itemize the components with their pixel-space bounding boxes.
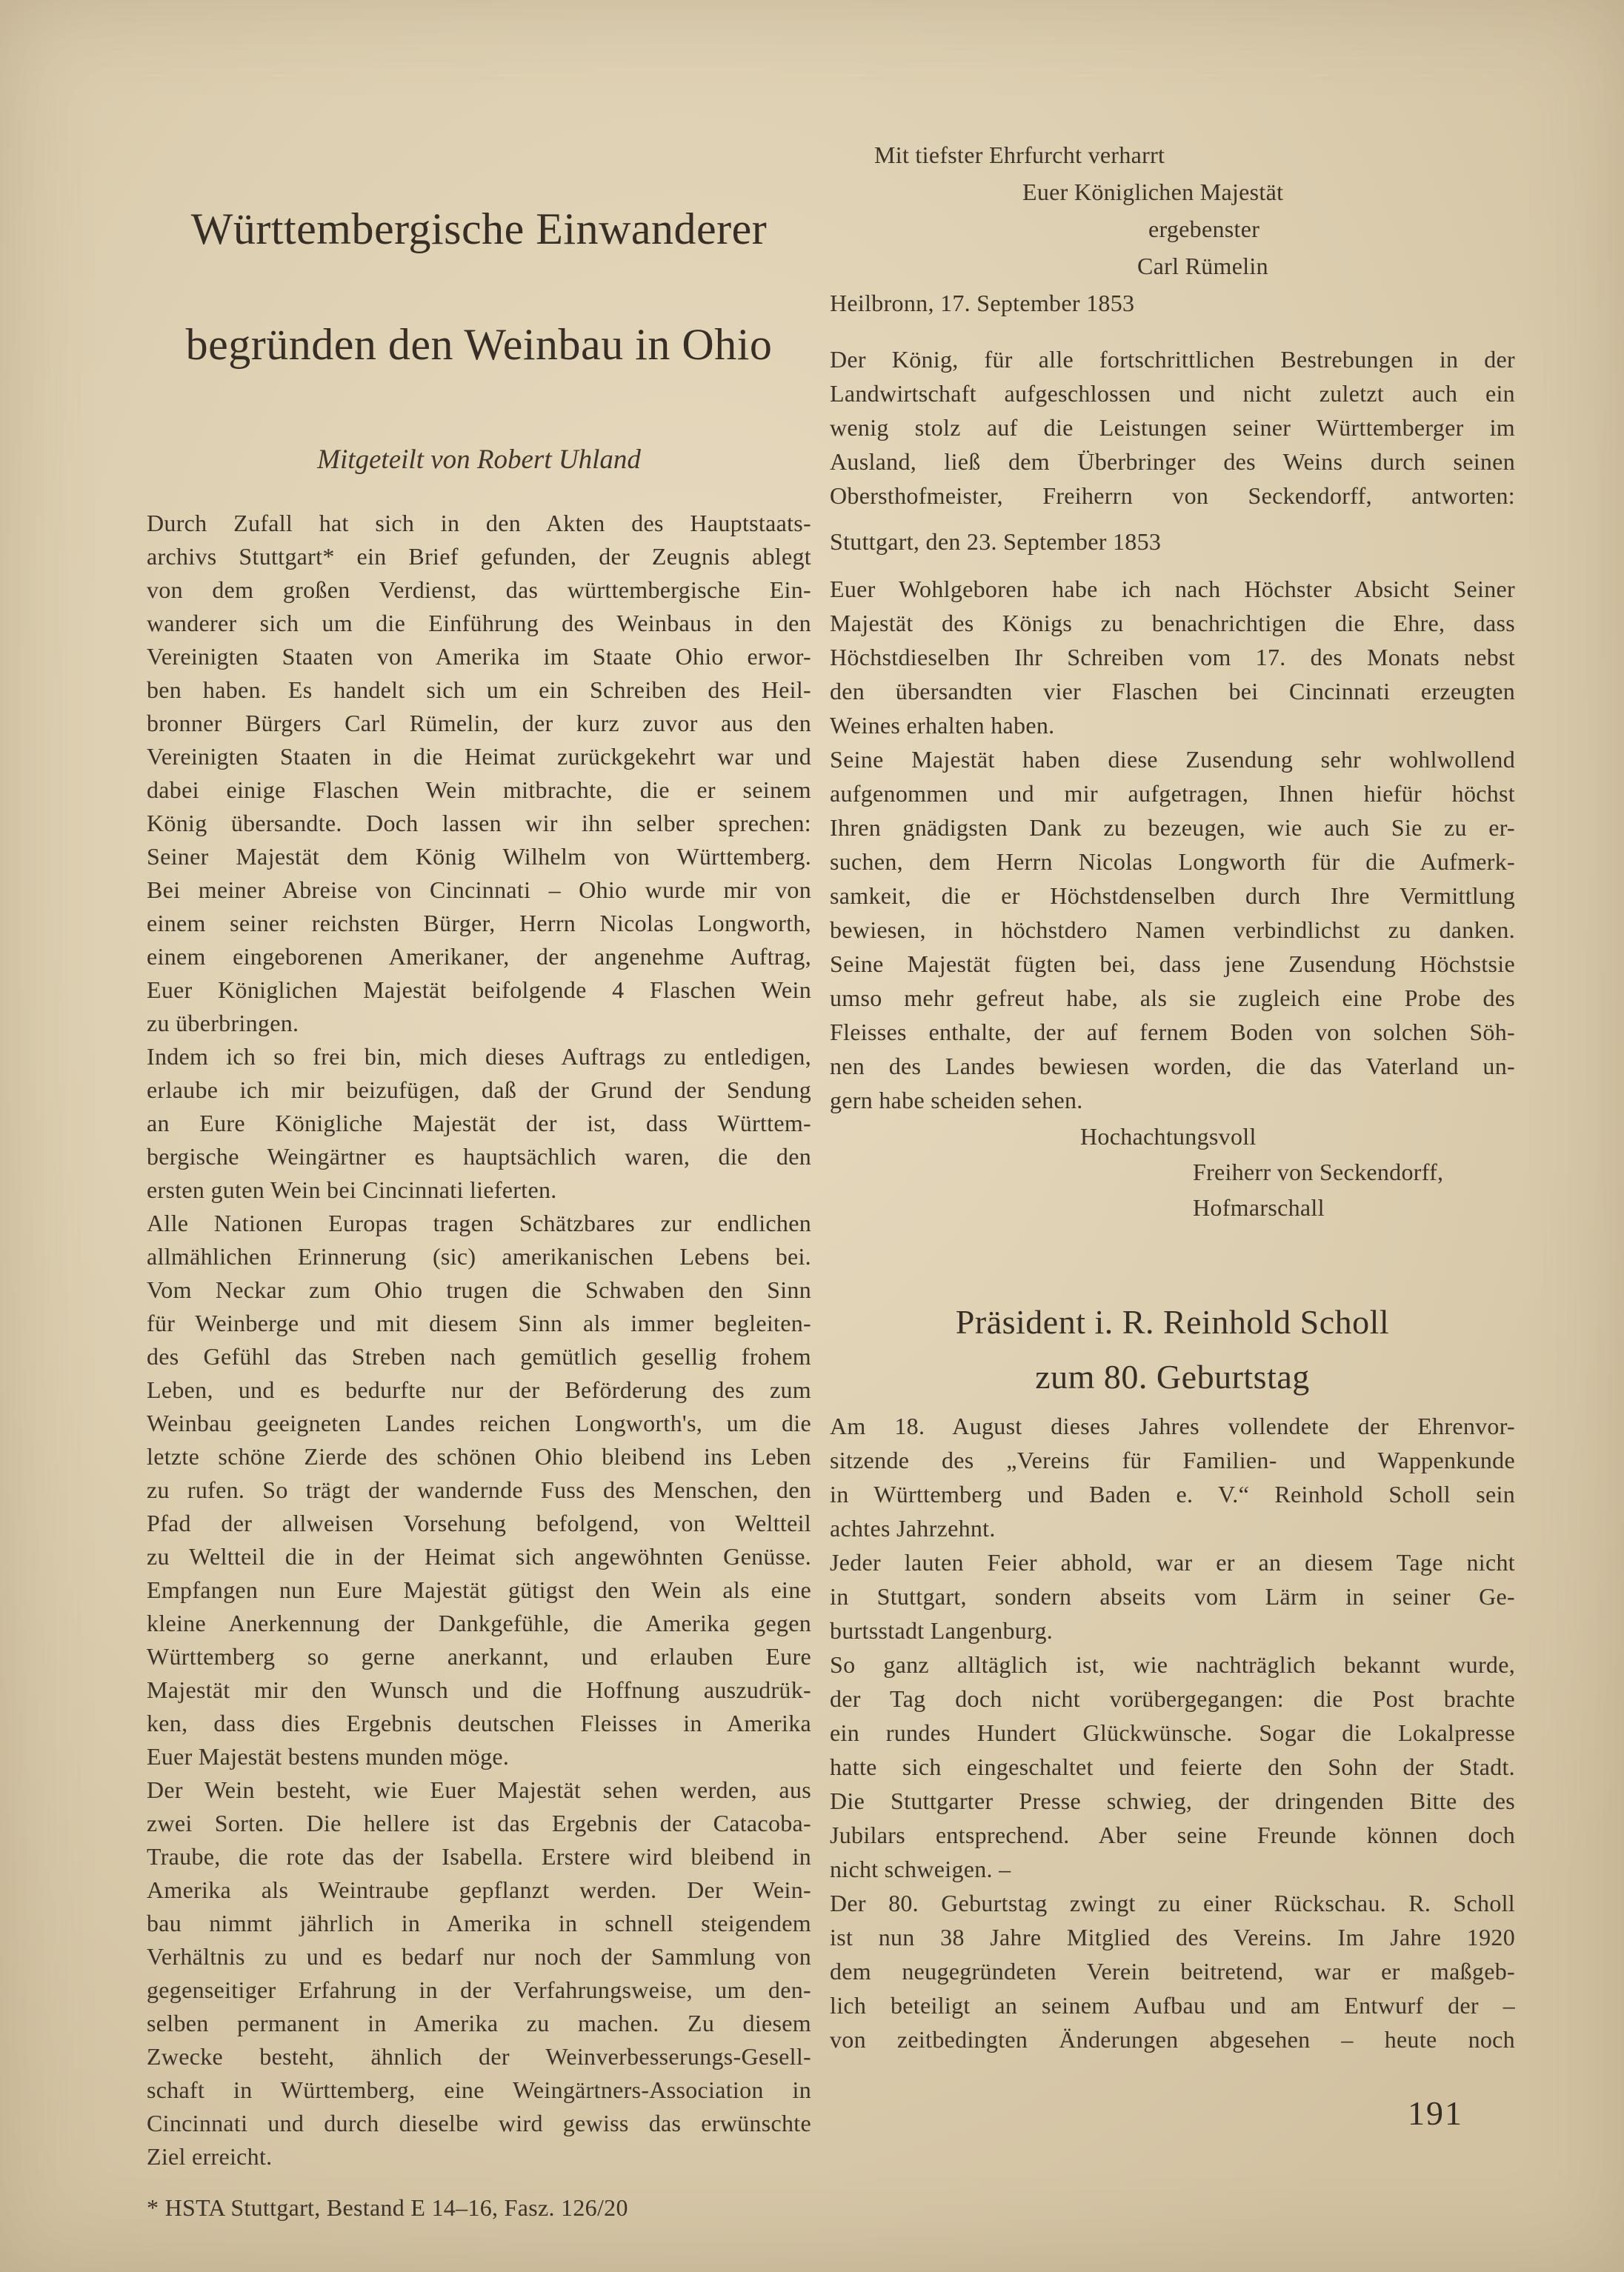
text-line: Der Wein besteht, wie Euer Majestät sehe… [147,1773,811,1807]
text-line: Mit tiefster Ehrfurcht verharrt [830,136,1515,173]
article1-body: Durch Zufall hat sich in den Akten des H… [147,507,811,2173]
text-line: achtes Jahrzehnt. [830,1511,1515,1545]
letter2-body: Euer Wohlgeboren habe ich nach Höchster … [830,572,1515,1117]
text-line: zwei Sorten. Die hellere ist das Ergebni… [147,1807,811,1840]
text-line: Euer Königlichen Majestät [830,173,1515,210]
letter1-dateline: Heilbronn, 17. September 1853 [830,284,1515,322]
text-line: gegenseitiger Erfahrung in der Verfahrun… [147,1973,811,2007]
text-line: Majestät des Königs zu benachrichtigen d… [830,606,1515,640]
text-line: Vom Neckar zum Ohio trugen die Schwaben … [147,1273,811,1307]
text-line: in Württemberg und Baden e. V.“ Reinhold… [830,1477,1515,1511]
text-line: erlaube ich mir beizufügen, daß der Grun… [147,1073,811,1107]
text-line: wenig stolz auf die Leistungen seiner Wü… [830,410,1515,444]
text-line: umso mehr gefreut habe, als sie zugleich… [830,981,1515,1015]
text-line: Euer Majestät bestens munden möge. [147,1740,811,1773]
text-line: samkeit, die er Höchstdenselben durch Ih… [830,879,1515,913]
text-line: ist nun 38 Jahre Mitglied des Vereins. I… [830,1920,1515,1954]
text-line: gern habe scheiden sehen. [830,1083,1515,1117]
text-line: Bei meiner Abreise von Cincinnati – Ohio… [147,873,811,907]
text-line: allmählichen Erinnerung (sic) amerikanis… [147,1240,811,1273]
text-line: Alle Nationen Europas tragen Schätzbares… [147,1207,811,1240]
text-line: kleine Anerkennung der Dankgefühle, die … [147,1607,811,1640]
page-number: 191 [830,2093,1463,2133]
article2-title: Präsident i. R. Reinhold Schollzum 80. G… [830,1295,1515,1405]
text-line: dabei einige Flaschen Wein mitbrachte, d… [147,773,811,807]
text-line: Landwirtschaft aufgeschlossen und nicht … [830,376,1515,410]
text-line: Höchstdieselben Ihr Schreiben vom 17. de… [830,640,1515,674]
text-line: Vereinigten Staaten in die Heimat zurück… [147,740,811,773]
text-line: Seine Majestät fügten bei, dass jene Zus… [830,947,1515,981]
narration-paragraph: Der König, für alle fortschrittlichen Be… [830,342,1515,513]
article1-title-line2: begründen den Weinbau in Ohio [147,316,811,373]
text-line: Weines erhalten haben. [830,708,1515,742]
text-line: Vereinigten Staaten von Amerika im Staat… [147,640,811,673]
article1-byline: Mitgeteilt von Robert Uhland [147,444,811,476]
text-line: Traube, die rote das der Isabella. Erste… [147,1840,811,1873]
text-line: Seiner Majestät dem König Wilhelm von Wü… [147,840,811,873]
text-line: Empfangen nun Eure Majestät gütigst den … [147,1573,811,1607]
text-line: sitzende des „Vereins für Familien- und … [830,1443,1515,1477]
text-line: Majestät mir den Wunsch und die Hoffnung… [147,1673,811,1707]
text-line: bau nimmt jährlich in Amerika in schnell… [147,1907,811,1940]
text-line: aufgenommen und mir aufgetragen, Ihnen h… [830,776,1515,810]
text-line: archivs Stuttgart* ein Brief gefunden, d… [147,540,811,573]
text-line: König übersandte. Doch lassen wir ihn se… [147,807,811,840]
text-line: So ganz alltäglich ist, wie nachträglich… [830,1648,1515,1682]
text-line: Euer Königlichen Majestät beifolgende 4 … [147,973,811,1007]
text-line: dem neugegründeten Verein beitretend, wa… [830,1954,1515,1988]
article1-title: Württembergische Einwanderer begründen d… [147,142,811,431]
text-line: Am 18. August dieses Jahres vollendete d… [830,1409,1515,1443]
right-column: Mit tiefster Ehrfurcht verharrtEuer Köni… [830,136,1515,2056]
text-line: nicht schweigen. – [830,1852,1515,1886]
text-line: ersten guten Wein bei Cincinnati liefert… [147,1173,811,1207]
text-line: selben permanent in Amerika zu machen. Z… [147,2007,811,2040]
text-line: nen des Landes bewiesen worden, die das … [830,1049,1515,1083]
text-line: Durch Zufall hat sich in den Akten des H… [147,507,811,540]
article2-title-line: zum 80. Geburtstag [830,1350,1515,1405]
letter1-closing: Mit tiefster Ehrfurcht verharrtEuer Köni… [830,136,1515,284]
text-line: Euer Wohlgeboren habe ich nach Höchster … [830,572,1515,606]
text-line: ein rundes Hundert Glückwünsche. Sogar d… [830,1716,1515,1750]
text-line: Carl Rümelin [830,247,1515,284]
text-line: zu überbringen. [147,1007,811,1040]
article1-title-line1: Württembergische Einwanderer [147,200,811,258]
text-line: Der 80. Geburtstag zwingt zu einer Rücks… [830,1886,1515,1920]
text-line: Heilbronn, 17. September 1853 [830,284,1515,322]
text-line: Pfad der allweisen Vorsehung befolgend, … [147,1507,811,1540]
text-line: Württemberg so gerne anerkannt, und erla… [147,1640,811,1673]
text-line: bronner Bürgers Carl Rümelin, der kurz z… [147,707,811,740]
letter2-dateline: Stuttgart, den 23. September 1853 [830,523,1515,560]
text-line: Zwecke besteht, ähnlich der Weinverbesse… [147,2040,811,2073]
text-line: von zeitbedingten Änderungen abgesehen –… [830,2022,1515,2056]
text-line: Jeder lauten Feier abhold, war er an die… [830,1545,1515,1579]
text-line: des Gefühl das Streben nach gemütlich ge… [147,1340,811,1373]
text-line: Weinbau geeigneten Landes reichen Longwo… [147,1407,811,1440]
text-line: Jubilars entsprechend. Aber seine Freund… [830,1818,1515,1852]
text-line: einem eingeborenen Amerikaner, der angen… [147,940,811,973]
text-line: Ihren gnädigsten Dank zu bezeugen, wie a… [830,810,1515,844]
article2-body: Am 18. August dieses Jahres vollendete d… [830,1409,1515,2056]
text-line: Fleisses enthalte, der auf fernem Boden … [830,1015,1515,1049]
text-line: ken, dass dies Ergebnis deutschen Fleiss… [147,1707,811,1740]
text-line: für Weinberge und mit diesem Sinn als im… [147,1307,811,1340]
text-line: in Stuttgart, sondern abseits vom Lärm i… [830,1579,1515,1613]
text-line: letzte schöne Zierde des schönen Ohio bl… [147,1440,811,1473]
left-column: Württembergische Einwanderer begründen d… [147,142,811,2222]
text-line: wanderer sich um die Einführung des Wein… [147,607,811,640]
text-line: bewiesen, in höchstdero Namen verbindlic… [830,913,1515,947]
text-line: Verhältnis zu und es bedarf nur noch der… [147,1940,811,1973]
text-line: Freiherr von Seckendorff, [830,1154,1515,1190]
text-line: Obersthofmeister, Freiherrn von Seckendo… [830,479,1515,513]
text-line: zu rufen. So trägt der wandernde Fuss de… [147,1473,811,1507]
text-line: Stuttgart, den 23. September 1853 [830,523,1515,560]
text-line: Die Stuttgarter Presse schwieg, der drin… [830,1784,1515,1818]
text-line: Leben, und es bedurfte nur der Beförderu… [147,1373,811,1407]
text-line: Ausland, ließ dem Überbringer des Weins … [830,444,1515,479]
letter2-closing: HochachtungsvollFreiherr von Seckendorff… [830,1119,1515,1225]
text-line: zu Weltteil die in der Heimat sich angew… [147,1540,811,1573]
article2-title-line: Präsident i. R. Reinhold Scholl [830,1295,1515,1350]
text-line: hatte sich eingeschaltet und feierte den… [830,1750,1515,1784]
text-line: der Tag doch nicht vorübergegangen: die … [830,1682,1515,1716]
text-line: suchen, dem Herrn Nicolas Longworth für … [830,844,1515,879]
text-line: burtsstadt Langenburg. [830,1613,1515,1648]
text-line: ergebenster [830,210,1515,247]
text-line: an Eure Königliche Majestät der ist, das… [147,1107,811,1140]
text-line: Indem ich so frei bin, mich dieses Auftr… [147,1040,811,1073]
text-line: den übersandten vier Flaschen bei Cincin… [830,674,1515,708]
text-line: von dem großen Verdienst, das württember… [147,573,811,607]
text-line: lich beteiligt an seinem Aufbau und am E… [830,1988,1515,2022]
text-line: Amerika als Weintraube gepflanzt werden.… [147,1873,811,1907]
text-line: bergische Weingärtner es hauptsächlich w… [147,1140,811,1173]
text-line: Der König, für alle fortschrittlichen Be… [830,342,1515,376]
text-line: Ziel erreicht. [147,2140,811,2173]
text-line: ben haben. Es handelt sich um ein Schrei… [147,673,811,707]
text-line: schaft in Württemberg, eine Weingärtners… [147,2073,811,2107]
text-line: Seine Majestät haben diese Zusendung seh… [830,742,1515,776]
text-line: einem seiner reichsten Bürger, Herrn Nic… [147,907,811,940]
text-line: Hofmarschall [830,1190,1515,1225]
article1-footnote: * HSTA Stuttgart, Bestand E 14–16, Fasz.… [147,2193,811,2222]
text-line: Cincinnati und durch dieselbe wird gewis… [147,2107,811,2140]
text-line: Hochachtungsvoll [830,1119,1515,1154]
scanned-book-page: { "page": { "number": "191" }, "colors":… [0,0,1624,2272]
